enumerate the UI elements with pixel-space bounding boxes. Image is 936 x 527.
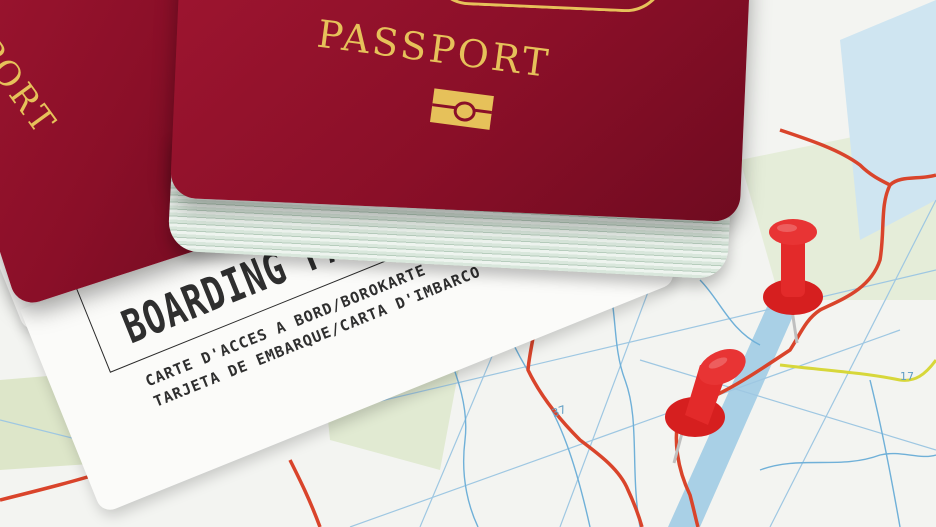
passport-title: PASSPORT bbox=[315, 12, 554, 86]
passport-title: SSPORT bbox=[0, 0, 64, 143]
crest-emblem bbox=[429, 0, 667, 14]
pushpin-icon bbox=[755, 215, 835, 345]
pushpin-icon bbox=[660, 345, 755, 465]
passport-front: MON DROIT PASSPORT bbox=[170, 0, 750, 222]
biometric-chip-icon bbox=[430, 88, 494, 130]
route-label: 17 bbox=[900, 370, 914, 383]
photo-scene: 37 17 BA BOARDING PASS CARTE D'ACCES A B… bbox=[0, 0, 936, 527]
